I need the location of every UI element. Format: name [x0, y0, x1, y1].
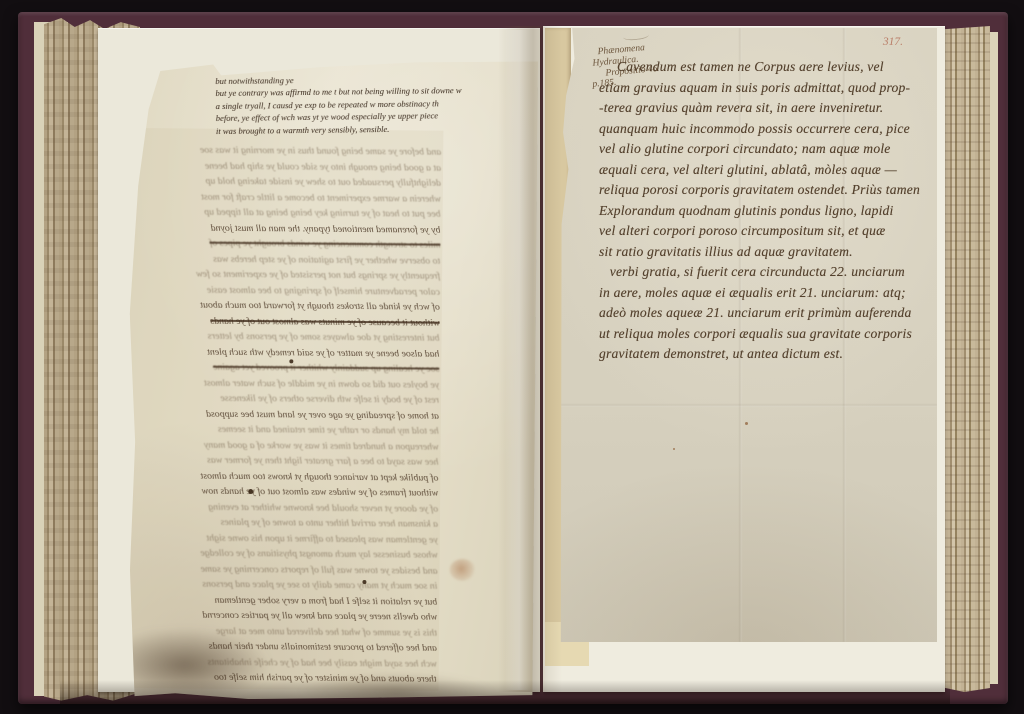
latin-text-line: -terea gravius quàm revera sit, in aere …	[599, 100, 937, 121]
left-manuscript-leaf: but notwithstanding yebut ye contrary wa…	[126, 58, 538, 702]
latin-text-line: quanquam huic incommodo possis occurrere…	[599, 121, 937, 142]
latin-text: Cavendum est tamen ne Corpus aere levius…	[599, 59, 937, 367]
pencil-scribble	[623, 31, 650, 42]
fold-crease	[557, 404, 937, 407]
latin-text-line: adeò moles aqueæ 21. unciarum erit primù…	[599, 305, 937, 326]
latin-text-line: Cavendum est tamen ne Corpus aere levius…	[599, 59, 937, 80]
latin-text-line: Explorandum quodnam glutinis pondus lign…	[599, 203, 937, 224]
folio-number: 317.	[883, 36, 903, 48]
latin-text-line: gravitatem demonstret, ut antea dictum e…	[599, 346, 937, 367]
latin-text-line: vel alio glutine corpori circundato; nam…	[599, 141, 937, 162]
latin-text-line: etiam gravius aquam in suis poris admitt…	[599, 80, 937, 101]
latin-text-line: ut reliqua moles corpori æqualis sua gra…	[599, 326, 937, 347]
latin-text-line: vel alteri corpori poroso circumpositum …	[599, 223, 937, 244]
english-note: but notwithstanding yebut ye contrary wa…	[215, 71, 534, 137]
manuscript-photo: but notwithstanding yebut ye contrary wa…	[0, 0, 1024, 714]
ink-blot	[289, 359, 293, 363]
right-manuscript-leaf: 317. PhænomenaHydraulica.Propositio 46p.…	[557, 28, 937, 642]
rust-stain	[449, 559, 475, 581]
latin-text-line: verbi gratia, si fuerit cera circunducta…	[599, 264, 937, 285]
latin-text-line: sit ratio gravitatis illius ad aquæ grav…	[599, 244, 937, 265]
ink-blot	[362, 580, 366, 584]
paper-speck	[745, 422, 748, 425]
latin-text-line: æquali cera, vel alteri glutini, ablatâ,…	[599, 162, 937, 183]
ink-blot	[248, 489, 253, 494]
latin-text-line: in aere, moles aquæ ei æqualis erit 21. …	[599, 285, 937, 306]
paper-speck	[673, 448, 675, 450]
latin-text-line: reliqua porosi corporis gravitatem osten…	[599, 182, 937, 203]
